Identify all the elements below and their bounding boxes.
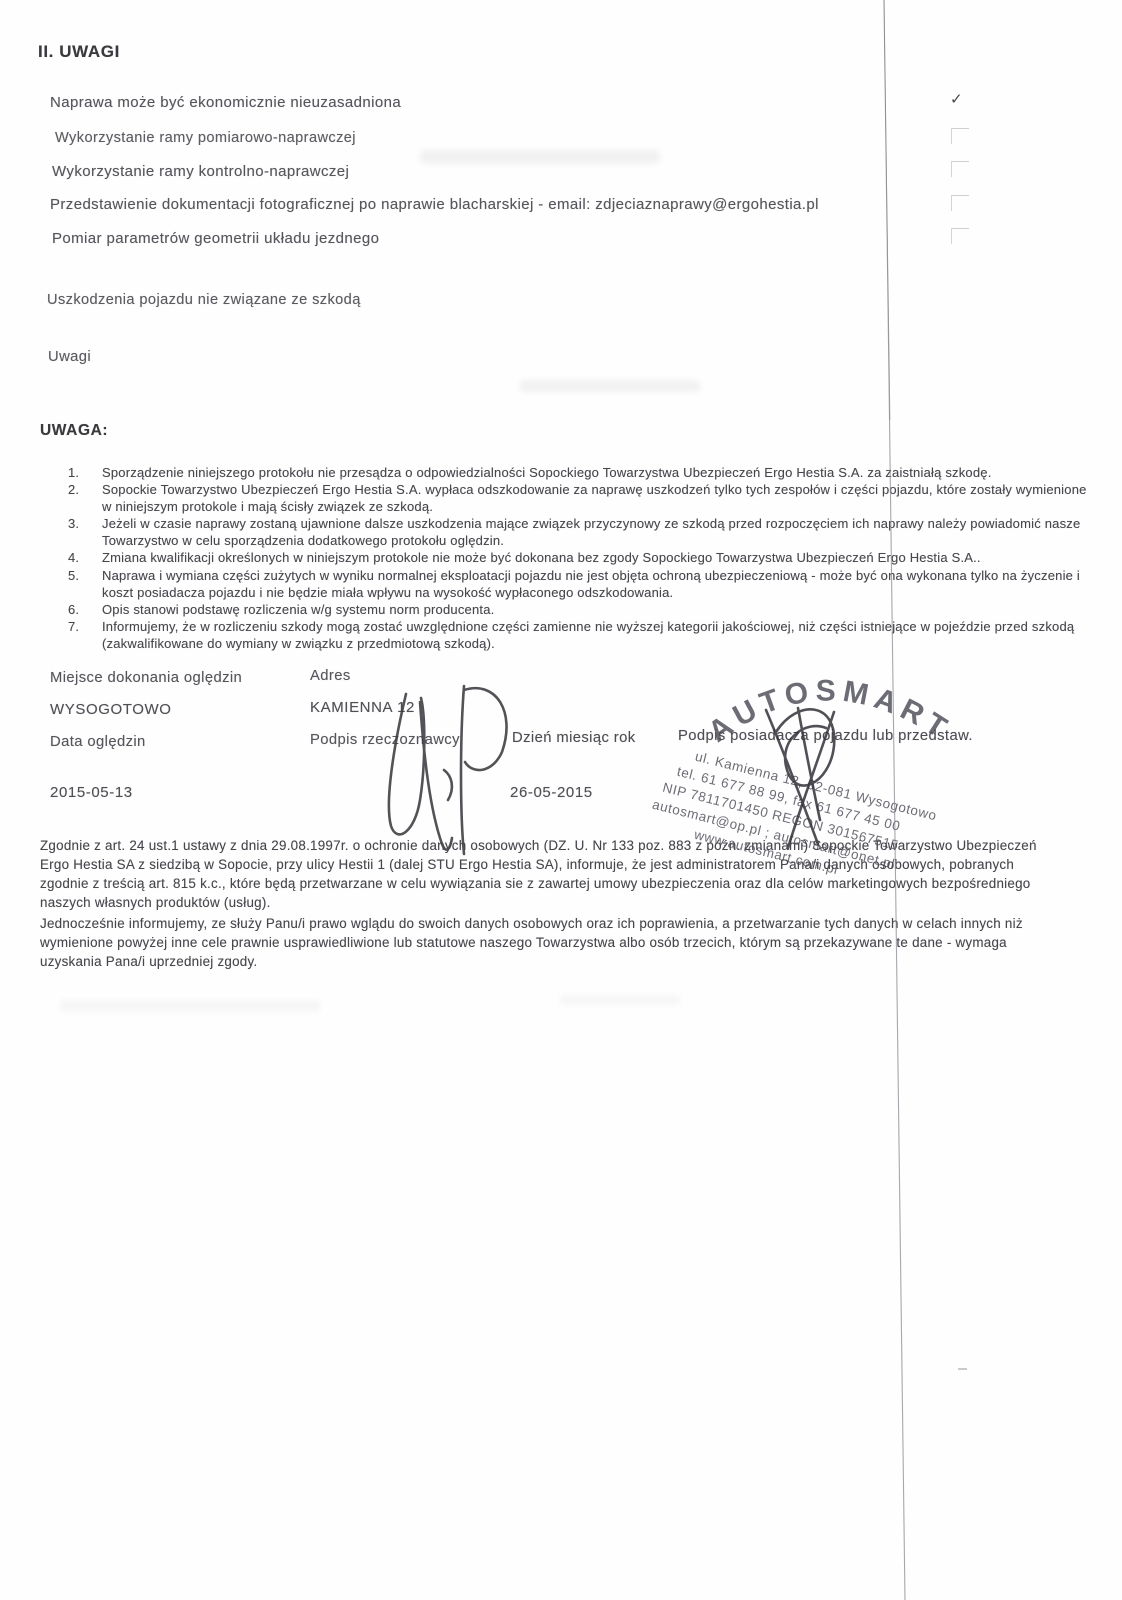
checklist-item-4-label: Przedstawienie dokumentacji fotograficzn… bbox=[50, 196, 819, 213]
notice-item-number: 6. bbox=[68, 602, 102, 619]
scanned-document-page: II. UWAGI Naprawa może być ekonomicznie … bbox=[0, 0, 1122, 1600]
checklist-item-1-label: Naprawa może być ekonomicznie nieuzasadn… bbox=[50, 94, 401, 111]
notice-item-number: 3. bbox=[68, 516, 102, 550]
scan-dash-artifact bbox=[958, 1368, 967, 1370]
notice-item-text: Naprawa i wymiana części zużytych w wyni… bbox=[102, 568, 1088, 602]
notice-item-number: 2. bbox=[68, 482, 102, 516]
section-title: II. UWAGI bbox=[38, 42, 120, 62]
notes-label: Uwagi bbox=[48, 349, 91, 365]
scan-smudge bbox=[420, 150, 660, 164]
scan-smudge bbox=[560, 995, 680, 1005]
scan-smudge bbox=[60, 1000, 320, 1012]
notice-item-text: Informujemy, że w rozliczeniu szkody mog… bbox=[102, 619, 1088, 653]
notice-list: 1. Sporządzenie niniejszego protokołu ni… bbox=[68, 465, 1088, 653]
stamp-name: AUTOSMART bbox=[702, 674, 957, 748]
legal-paragraph-2: Jednocześnie informujemy, ze służy Panu/… bbox=[40, 914, 1064, 971]
notice-title: UWAGA: bbox=[40, 422, 108, 440]
notice-item: 7. Informujemy, że w rozliczeniu szkody … bbox=[68, 619, 1088, 653]
inspection-date-value: 2015-05-13 bbox=[50, 784, 133, 801]
notice-item: 5. Naprawa i wymiana części zużytych w w… bbox=[68, 568, 1088, 602]
notice-item: 6. Opis stanowi podstawę rozliczenia w/g… bbox=[68, 602, 1088, 619]
checklist-item-2-label: Wykorzystanie ramy pomiarowo-naprawczej bbox=[55, 130, 356, 146]
checkmark-icon: ✓ bbox=[950, 90, 963, 108]
checklist-item-3-label: Wykorzystanie ramy kontrolno-naprawczej bbox=[52, 163, 349, 180]
notice-item-number: 1. bbox=[68, 465, 102, 482]
notice-item-text: Jeżeli w czasie naprawy zostaną ujawnion… bbox=[102, 516, 1088, 550]
checkbox-icon bbox=[951, 228, 969, 244]
notice-item-text: Opis stanowi podstawę rozliczenia w/g sy… bbox=[102, 602, 1088, 619]
notice-item-text: Sopockie Towarzystwo Ubezpieczeń Ergo He… bbox=[102, 482, 1088, 516]
notice-item-number: 7. bbox=[68, 619, 102, 653]
notice-item: 3. Jeżeli w czasie naprawy zostaną ujawn… bbox=[68, 516, 1088, 550]
damage-not-related-label: Uszkodzenia pojazdu nie związane ze szko… bbox=[47, 292, 361, 308]
notice-item-text: Sporządzenie niniejszego protokołu nie p… bbox=[102, 465, 1088, 482]
place-value: WYSOGOTOWO bbox=[50, 701, 172, 718]
day-month-year-label: Dzień miesiąc rok bbox=[512, 730, 636, 746]
notice-item: 1. Sporządzenie niniejszego protokołu ni… bbox=[68, 465, 1088, 482]
notice-item: 2. Sopockie Towarzystwo Ubezpieczeń Ergo… bbox=[68, 482, 1088, 516]
notice-item-number: 4. bbox=[68, 550, 102, 567]
notice-item-text: Zmiana kwalifikacji określonych w niniej… bbox=[102, 550, 1088, 567]
address-label: Adres bbox=[310, 668, 351, 684]
notice-item: 4. Zmiana kwalifikacji określonych w nin… bbox=[68, 550, 1088, 567]
checklist-item-5-label: Pomiar parametrów geometrii układu jezdn… bbox=[52, 230, 379, 247]
checkbox-icon bbox=[951, 128, 969, 144]
notice-item-number: 5. bbox=[68, 568, 102, 602]
inspection-date-label: Data oględzin bbox=[50, 734, 146, 750]
place-label: Miejsce dokonania oględzin bbox=[50, 670, 242, 686]
scan-smudge bbox=[520, 380, 700, 392]
checkbox-icon bbox=[951, 161, 969, 177]
legal-paragraph-1: Zgodnie z art. 24 ust.1 ustawy z dnia 29… bbox=[40, 836, 1064, 912]
checkbox-icon bbox=[951, 195, 969, 211]
